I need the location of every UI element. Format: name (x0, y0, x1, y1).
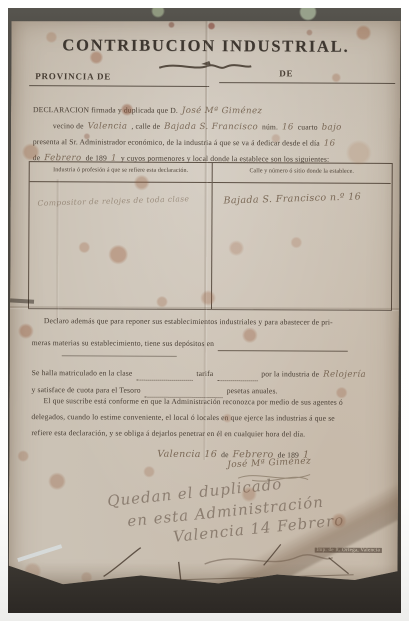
photo-of-document: CONTRIBUCION INDUSTRIAL. PROVINCIA DE DE… (0, 0, 409, 621)
declaration-line-3-printed: presenta al Sr. Administrador económico,… (33, 137, 320, 148)
pesetas-label: pesetas anuales. (227, 386, 278, 395)
date-city-day-handwritten: Valencia 16 (157, 449, 217, 460)
conforme-line-1: El que suscribe está conforme en que la … (43, 396, 342, 407)
conforme-line-2: delegados, cuando lo estime conveniente,… (31, 412, 334, 423)
declaro-line-1: Declaro además que para reponer sus esta… (44, 316, 333, 327)
declarant-name-handwritten: José Mª Giménez (182, 106, 263, 116)
address-entry-handwritten: Bajada S. Francisco n.º 16 (223, 191, 361, 206)
street-of-label: , calle de (131, 122, 160, 131)
table-column-divider (211, 163, 213, 309)
number-label: núm. (262, 122, 278, 131)
class-label: Se halla matriculado en la clase (32, 368, 133, 378)
resident-of-label: vecino de (53, 121, 84, 130)
industry-of-label: por la industria de (261, 369, 319, 378)
street-handwritten: Bajada S. Francisco (164, 122, 258, 132)
declaration-line-1-printed: DECLARACION firmada y duplicada que D. (33, 105, 178, 115)
industry-handwritten: Relojería (323, 370, 366, 380)
industry-entry-handwritten: Compositor de relojes de toda clase (37, 194, 189, 208)
address-column-header: Calle y número ó sitio donde la establec… (213, 163, 391, 184)
of-label: DE (279, 68, 293, 78)
photo-frame: CONTRIBUCION INDUSTRIAL. PROVINCIA DE DE… (0, 0, 409, 621)
city-handwritten: Valencia (88, 121, 128, 131)
number-handwritten: 16 (282, 122, 294, 132)
declaration-table: Industria ó profesión á que se refiere e… (28, 161, 393, 311)
province-blank-line (29, 85, 209, 87)
treasury-quota-label: y satisface de cuota para el Tesoro (32, 385, 141, 395)
deposits-blank (218, 342, 348, 352)
floor-label: cuarto (298, 122, 318, 131)
photo-backdrop: CONTRIBUCION INDUSTRIAL. PROVINCIA DE DE… (8, 8, 401, 613)
document-paper: CONTRIBUCION INDUSTRIAL. PROVINCIA DE DE… (9, 19, 401, 594)
date-de-label: de (221, 450, 229, 459)
start-day-handwritten: 16 (324, 139, 336, 149)
declaro-line-2: meras materias su establecimiento, tiene… (32, 332, 348, 352)
of-blank-line (219, 82, 395, 84)
bottom-cracks (9, 534, 398, 594)
declaro-line-2-printed: meras materias su establecimiento, tiene… (32, 338, 214, 348)
left-edge-tear (10, 298, 34, 303)
floor-handwritten: bajo (322, 123, 342, 133)
deposits-continuation-line (62, 355, 177, 357)
conforme-line-3: refiere esta declaración, y se obliga á … (31, 428, 305, 438)
province-label: PROVINCIA DE (35, 71, 111, 81)
